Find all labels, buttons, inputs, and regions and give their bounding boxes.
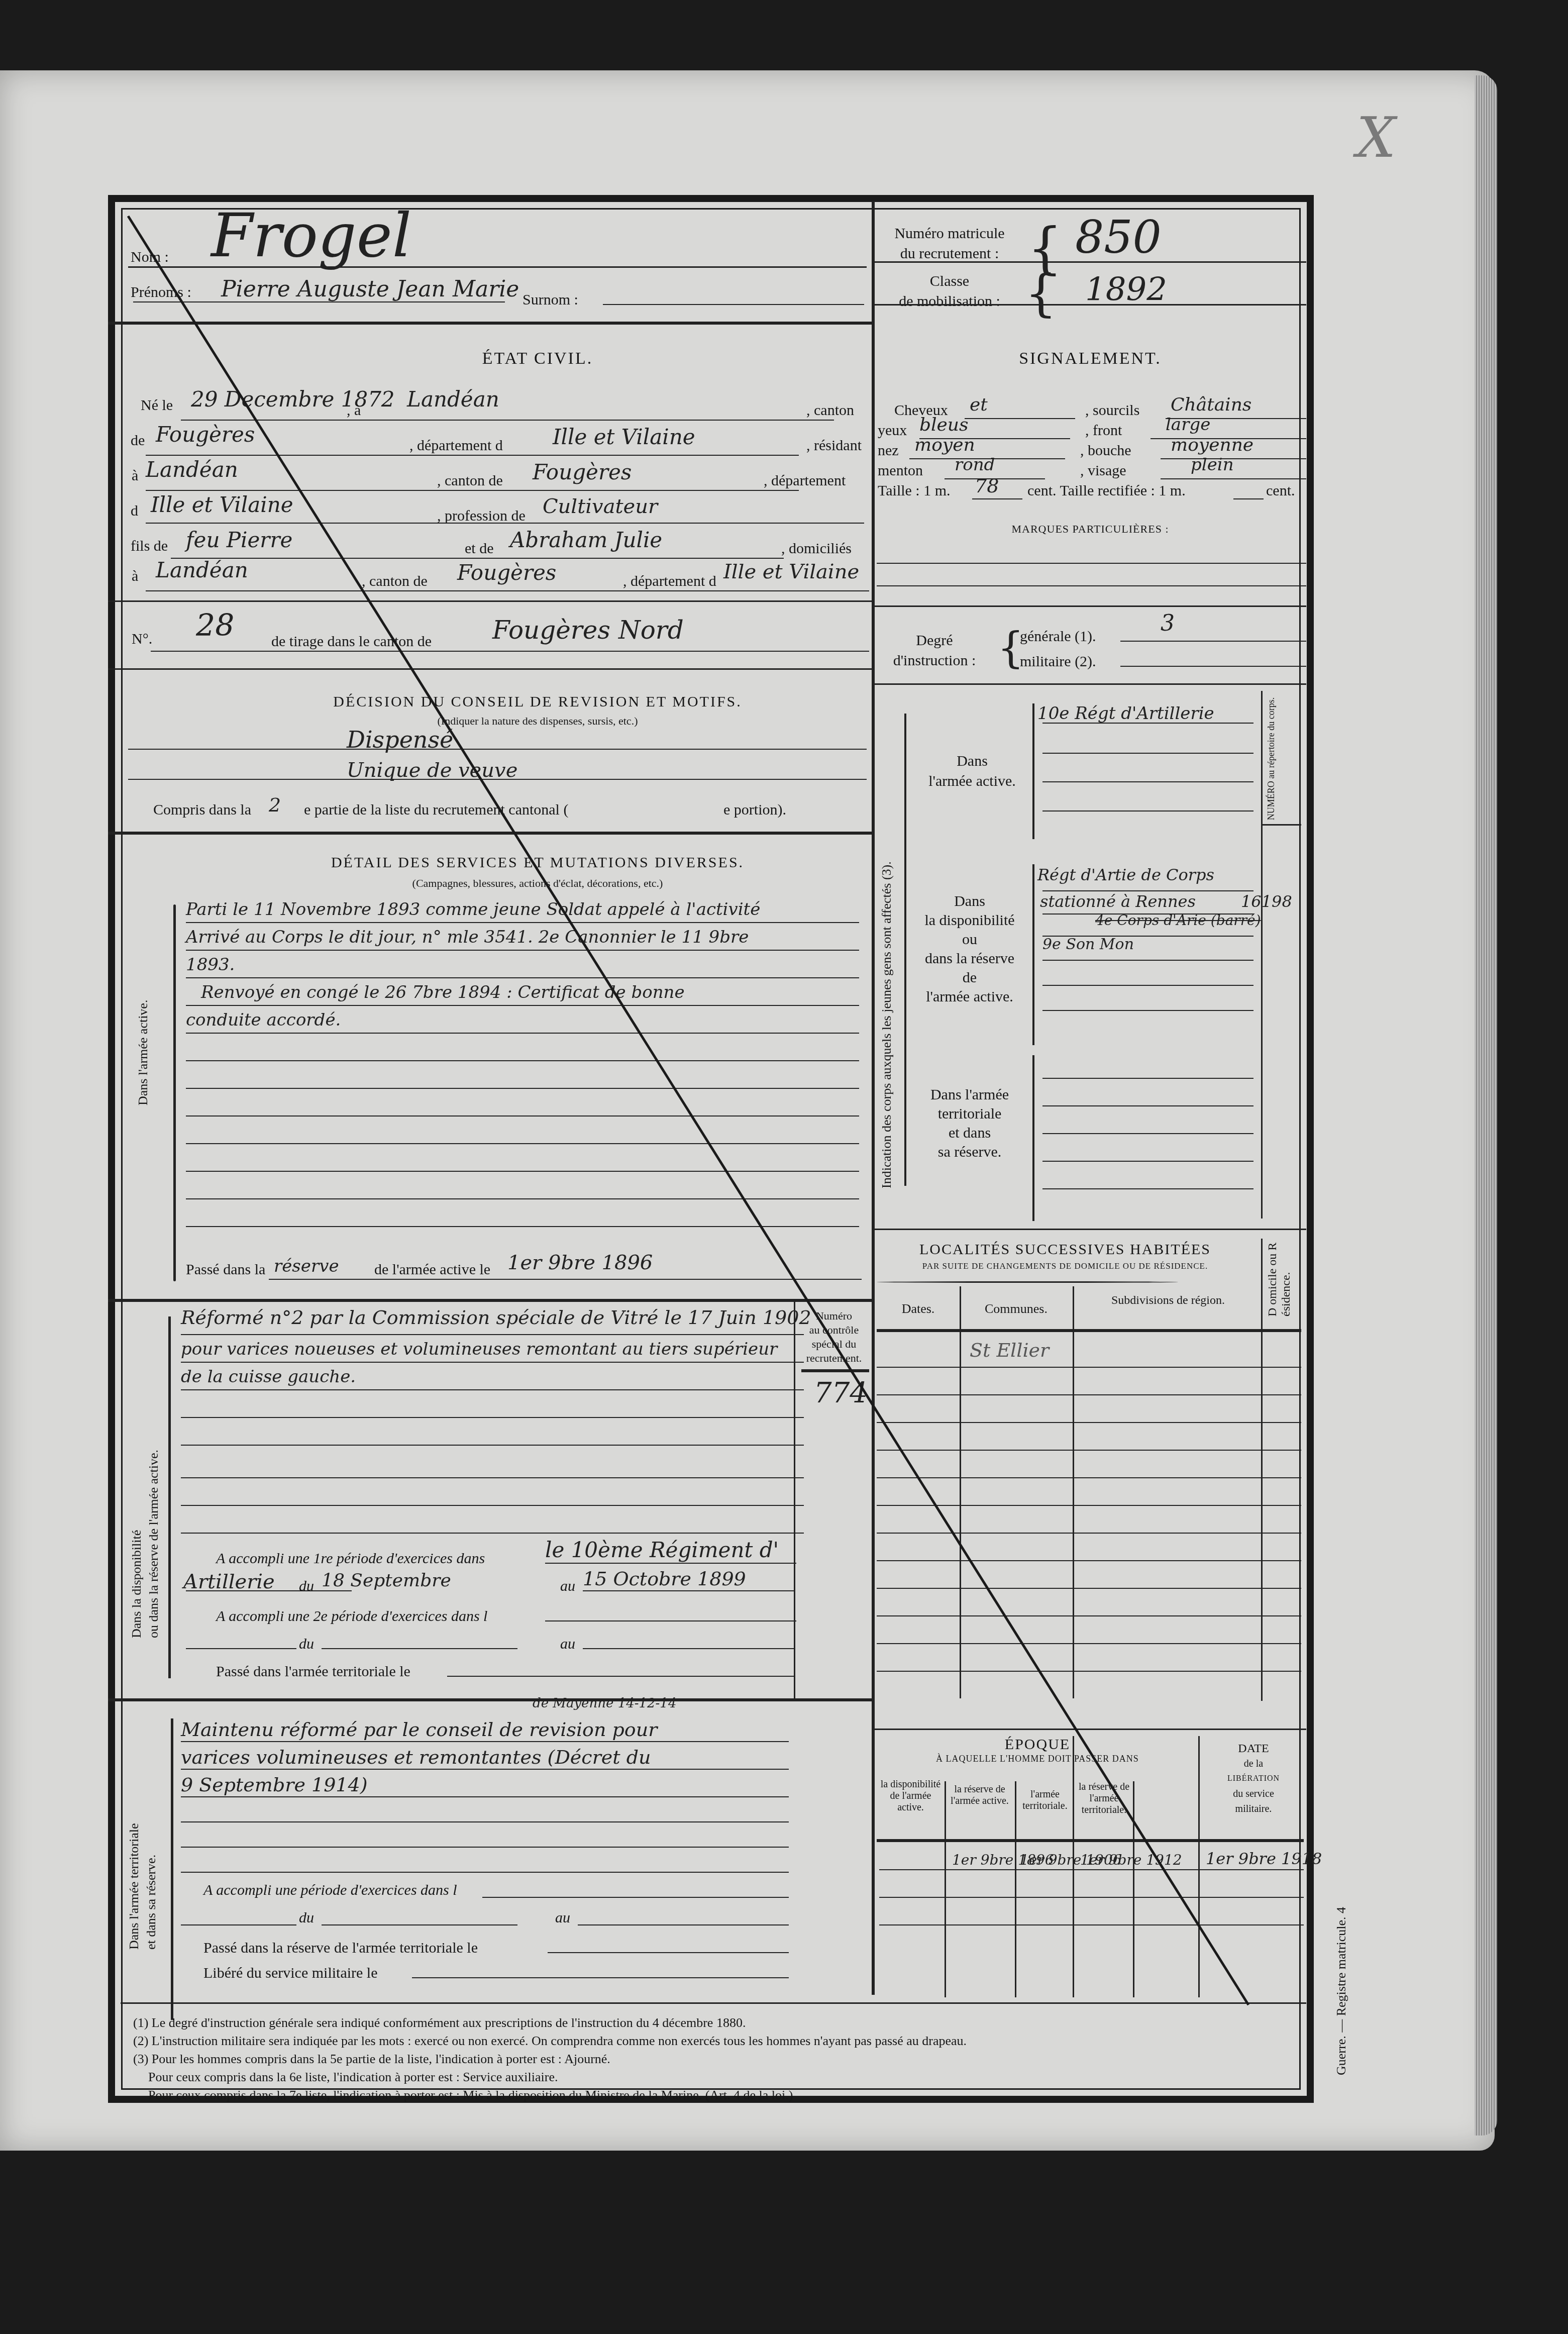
localite-commune-1: St Ellier bbox=[970, 1339, 1049, 1361]
epoque-col-reserve-active: la réserve de l'armée active. bbox=[947, 1784, 1012, 1807]
date-liberation: 1er 9bre 1918 bbox=[1206, 1849, 1322, 1868]
localites-col-dates: Dates. bbox=[877, 1301, 960, 1316]
taille: 78 bbox=[975, 475, 999, 497]
localites-subtitle: PAR SUITE DE CHANGEMENTS DE DOMICILE OU … bbox=[874, 1261, 1256, 1271]
periode1-regiment: le 10ème Régiment d' bbox=[545, 1538, 779, 1562]
services-subtitle: (Campagnes, blessures, actions d'éclat, … bbox=[211, 877, 864, 890]
sourcils: Châtains bbox=[1171, 394, 1251, 415]
epoque-subtitle: À LAQUELLE L'HOMME DOIT PASSER DANS bbox=[877, 1754, 1198, 1764]
residence-canton: Fougères bbox=[533, 460, 632, 484]
prenoms-label: Prénoms : bbox=[131, 284, 191, 301]
domicile: Landéan bbox=[156, 558, 248, 582]
epoque-col-territoriale: l'armée territoriale. bbox=[1017, 1789, 1073, 1812]
affectation-numero: 16198 bbox=[1241, 892, 1292, 911]
decision-title: DÉCISION DU CONSEIL DE REVISION ET MOTIF… bbox=[211, 693, 864, 711]
nez: moyen bbox=[914, 435, 975, 455]
marques-title: MARQUES PARTICULIÈRES : bbox=[874, 523, 1306, 536]
disponibilite-line-1: Réformé n°2 par la Commission spéciale d… bbox=[181, 1306, 811, 1329]
disponibilite-line-2: pour varices noueuses et volumineuses re… bbox=[181, 1339, 777, 1359]
epoque-reserve-territoriale: 1er 9bre 1912 bbox=[1080, 1852, 1182, 1868]
residence: Landéan bbox=[146, 457, 238, 482]
footnote-2: (2) L'instruction militaire sera indiqué… bbox=[133, 2032, 967, 2050]
visage: plein bbox=[1191, 455, 1234, 475]
epoque-col-disponibilite: la disponibilité de l'armée active. bbox=[877, 1779, 945, 1813]
service-line-1: Parti le 11 Novembre 1893 comme jeune So… bbox=[186, 899, 760, 920]
disponibilite-line-3: de la cuisse gauche. bbox=[181, 1367, 356, 1387]
cheveux: et bbox=[970, 394, 988, 415]
liberation-header: DATEde laLIBÉRATIONdu servicemilitaire. bbox=[1203, 1741, 1304, 1816]
controle-header: Numéroau contrôlespécial durecrutement. bbox=[796, 1309, 872, 1365]
profession: Cultivateur bbox=[543, 495, 658, 518]
domicile-departement: Ille et Vilaine bbox=[723, 560, 859, 583]
degre-label: Degréd'instruction : bbox=[884, 631, 985, 671]
affectation-disponibilite-label: Dansla disponibilitéoudans la réservedel… bbox=[904, 892, 1035, 1006]
register-caption: Guerre. — Registre matricule. 4 bbox=[1334, 1907, 1349, 2075]
affectation-disponibilite-3: 4e Corps d'Arie (barré) bbox=[1095, 912, 1261, 929]
footnote-1: (1) Le degré d'instruction générale sera… bbox=[133, 2014, 967, 2032]
territoriale-side-label: Dans l'armée territorialeet dans sa rése… bbox=[126, 1823, 160, 1950]
affectation-territoriale-label: Dans l'arméeterritorialeet danssa réserv… bbox=[904, 1085, 1035, 1162]
nom-value: Frogel bbox=[211, 201, 411, 271]
localites-col-dr: D omicile ou R ésidence. bbox=[1266, 1236, 1293, 1316]
classe-label: Classede mobilisation : bbox=[882, 271, 1017, 312]
front: large bbox=[1166, 415, 1210, 435]
menton: rond bbox=[955, 455, 995, 475]
prenoms-value: Pierre Auguste Jean Marie bbox=[221, 276, 519, 302]
departement-naissance: Ille et Vilaine bbox=[553, 425, 695, 449]
affectation-disponibilite-2: stationné à Rennes bbox=[1040, 892, 1196, 911]
territoriale-line-2: varices volumineuses et remontantes (Déc… bbox=[181, 1746, 651, 1768]
date-naissance: 29 Decembre 1872 bbox=[191, 387, 395, 412]
signalement-title: SIGNALEMENT. bbox=[874, 349, 1306, 368]
localites-title: LOCALITÉS SUCCESSIVES HABITÉES bbox=[874, 1241, 1256, 1258]
periode1-au: 15 Octobre 1899 bbox=[583, 1568, 746, 1590]
service-line-4: Renvoyé en congé le 26 7bre 1894 : Certi… bbox=[201, 982, 685, 1002]
etat-civil-title: ÉTAT CIVIL. bbox=[437, 349, 638, 368]
numero-repertoire-label: NUMÉRO au répertoire du corps. bbox=[1266, 693, 1277, 824]
disponibilite-side-label: Dans la disponibilitéou dans la réserve … bbox=[128, 1450, 162, 1638]
affectation-disponibilite-4: 9e Son Mon bbox=[1042, 936, 1134, 953]
periode1-du: 18 Septembre bbox=[322, 1570, 451, 1591]
lieu-naissance: Landéan bbox=[407, 387, 499, 412]
affectation-side-label: Indication des corps auxquels les jeunes… bbox=[879, 861, 894, 1188]
service-line-3: 1893. bbox=[186, 955, 235, 975]
residence-departement: Ille et Vilaine bbox=[151, 492, 293, 517]
bouche: moyenne bbox=[1171, 435, 1253, 455]
controle-value: 774 bbox=[814, 1377, 868, 1409]
page-edges bbox=[1475, 75, 1497, 2136]
brace bbox=[171, 1718, 173, 2020]
tirage-canton: Fougères Nord bbox=[492, 616, 684, 645]
nom-label: Nom : bbox=[131, 249, 169, 266]
tirage-numero: 28 bbox=[196, 608, 234, 643]
services-side-label: Dans l'armée active. bbox=[136, 1000, 151, 1105]
services-title: DÉTAIL DES SERVICES ET MUTATIONS DIVERSE… bbox=[211, 854, 864, 871]
affectation-disponibilite-1: Régt d'Artie de Corps bbox=[1037, 865, 1214, 884]
corner-mark: X bbox=[1356, 106, 1396, 170]
localites-col-communes: Communes. bbox=[960, 1301, 1073, 1316]
decision-subtitle: (Indiquer la nature des dispenses, sursi… bbox=[211, 715, 864, 728]
affectation-active-1: 10e Régt d'Artillerie bbox=[1037, 703, 1214, 724]
epoque-col-reserve-territoriale: la réserve de l'armée territoriale. bbox=[1075, 1781, 1133, 1816]
territoriale-annotation: de Mayenne 14-12-14 bbox=[533, 1696, 676, 1711]
passe-reserve: réserve bbox=[274, 1256, 339, 1276]
yeux: bleus bbox=[919, 415, 969, 435]
service-line-2: Arrivé au Corps le dit jour, n° mle 3541… bbox=[186, 927, 749, 947]
brace bbox=[173, 904, 176, 1281]
matricule-label: Numéro matriculedu recrutement : bbox=[882, 224, 1017, 264]
affectation-active-label: Dansl'armée active. bbox=[914, 751, 1030, 791]
territoriale-line-3: 9 Septembre 1914) bbox=[181, 1774, 367, 1796]
service-line-5: conduite accordé. bbox=[186, 1010, 341, 1030]
footnote-3c: Pour ceux compris dans la 7e liste, l'in… bbox=[133, 2086, 967, 2104]
footnotes: (1) Le degré d'instruction générale sera… bbox=[133, 2014, 967, 2104]
footnote-3b: Pour ceux compris dans la 6e liste, l'in… bbox=[133, 2068, 967, 2086]
compris-partie: 2 bbox=[269, 794, 281, 816]
brace bbox=[168, 1316, 171, 1678]
pere: feu Pierre bbox=[186, 528, 292, 552]
canton-naissance: Fougères bbox=[156, 422, 255, 447]
surnom-label: Surnom : bbox=[522, 291, 578, 309]
mere: Abraham Julie bbox=[510, 528, 662, 552]
classe-value: 1892 bbox=[1085, 271, 1167, 309]
footnote-3: (3) Pour les hommes compris dans la 5e p… bbox=[133, 2050, 967, 2068]
matricule-value: 850 bbox=[1075, 211, 1162, 264]
territoriale-line-1: Maintenu réformé par le conseil de revis… bbox=[181, 1718, 657, 1741]
epoque-title: ÉPOQUE bbox=[877, 1736, 1198, 1753]
instruction-generale: 3 bbox=[1161, 611, 1175, 636]
localites-col-subdivisions: Subdivisions de région. bbox=[1075, 1294, 1261, 1307]
passe-reserve-date: 1er 9bre 1896 bbox=[507, 1251, 653, 1274]
ne-le-label: Né le bbox=[141, 397, 173, 414]
domicile-canton: Fougères bbox=[457, 560, 556, 585]
